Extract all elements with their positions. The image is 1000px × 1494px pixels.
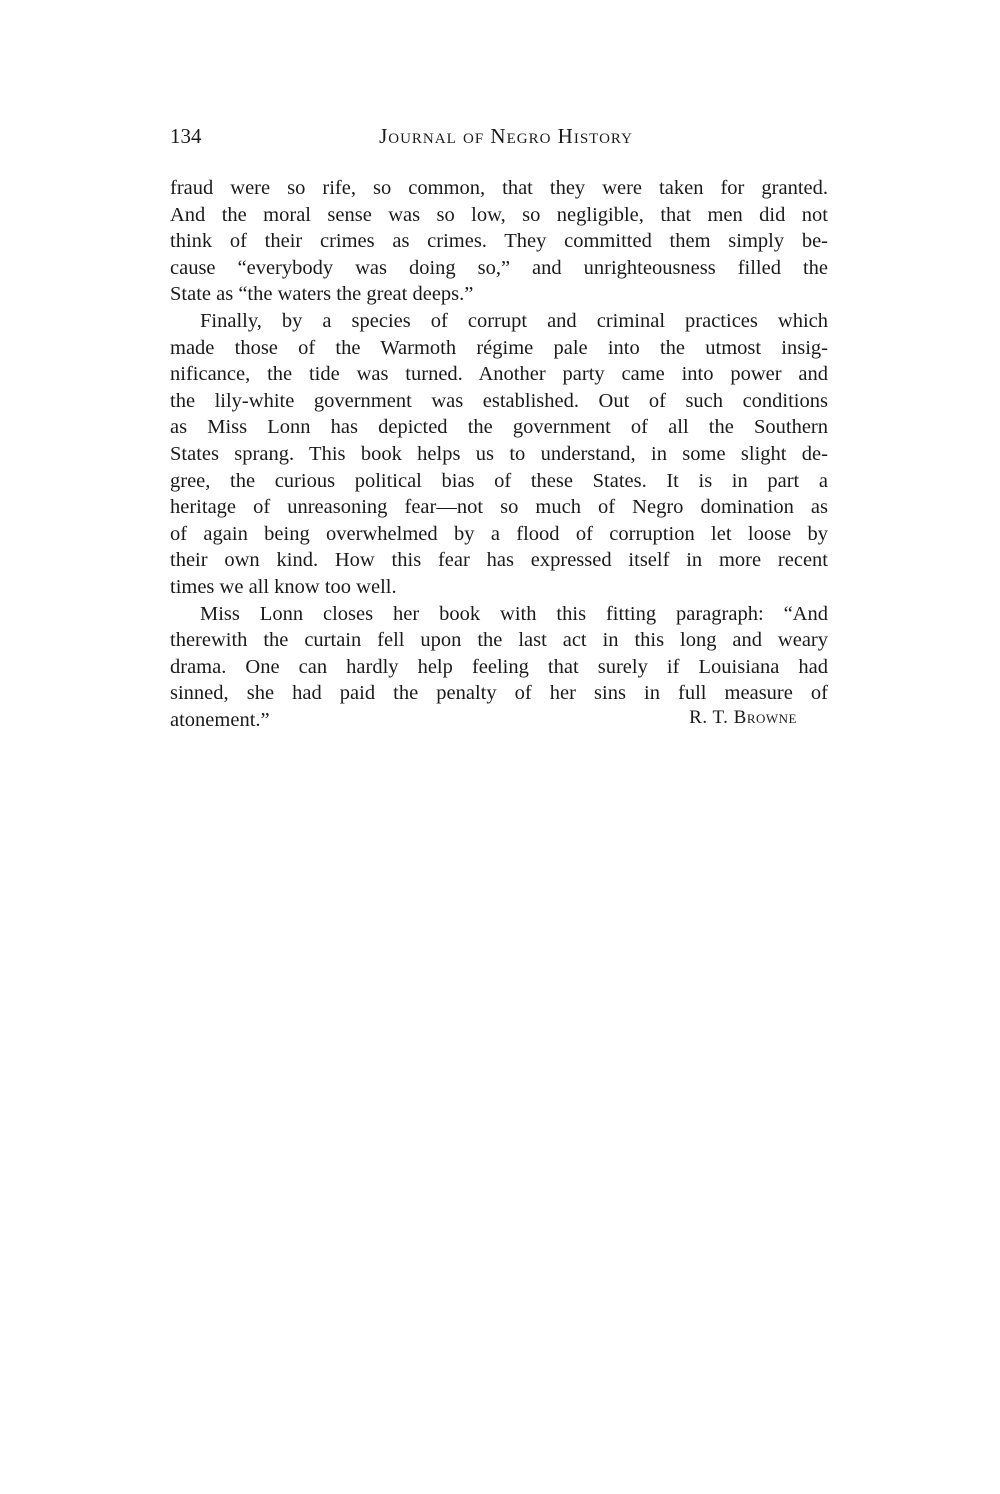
text-line: States sprang. This book helps us to und…: [170, 441, 828, 468]
text-line: And the moral sense was so low, so negli…: [170, 202, 828, 229]
text-line: nificance, the tide was turned. Another …: [170, 361, 828, 388]
text-line: made those of the Warmoth régime pale in…: [170, 335, 828, 362]
text-line: therewith the curtain fell upon the last…: [170, 627, 828, 654]
text-line: Miss Lonn closes her book with this fitt…: [170, 601, 828, 628]
body-text: fraud were so rife, so common, that they…: [170, 175, 828, 733]
text-line: their own kind. How this fear has expres…: [170, 547, 828, 574]
running-head: Journal of Negro History: [170, 124, 828, 149]
page-header: 134 Journal of Negro History: [170, 124, 828, 154]
text-line: gree, the curious political bias of thes…: [170, 468, 828, 495]
document-page: 134 Journal of Negro History fraud were …: [0, 0, 1000, 1494]
text-line: the lily-white government was establishe…: [170, 388, 828, 415]
text-line: of again being overwhelmed by a flood of…: [170, 521, 828, 548]
text-line: Finally, by a species of corrupt and cri…: [170, 308, 828, 335]
text-line: drama. One can hardly help feeling that …: [170, 654, 828, 681]
text-line: fraud were so rife, so common, that they…: [170, 175, 828, 202]
text-line: sinned, she had paid the penalty of her …: [170, 680, 828, 707]
text-line: times we all know too well.: [170, 574, 828, 601]
author-signature: R. T. Browne: [170, 707, 797, 729]
text-line: cause “everybody was doing so,” and unri…: [170, 255, 828, 282]
text-line: think of their crimes as crimes. They co…: [170, 228, 828, 255]
text-line: heritage of unreasoning fear—not so much…: [170, 494, 828, 521]
text-line: as Miss Lonn has depicted the government…: [170, 414, 828, 441]
paragraph-1: fraud were so rife, so common, that they…: [170, 175, 828, 308]
text-line: State as “the waters the great deeps.”: [170, 281, 828, 308]
paragraph-2: Finally, by a species of corrupt and cri…: [170, 308, 828, 601]
